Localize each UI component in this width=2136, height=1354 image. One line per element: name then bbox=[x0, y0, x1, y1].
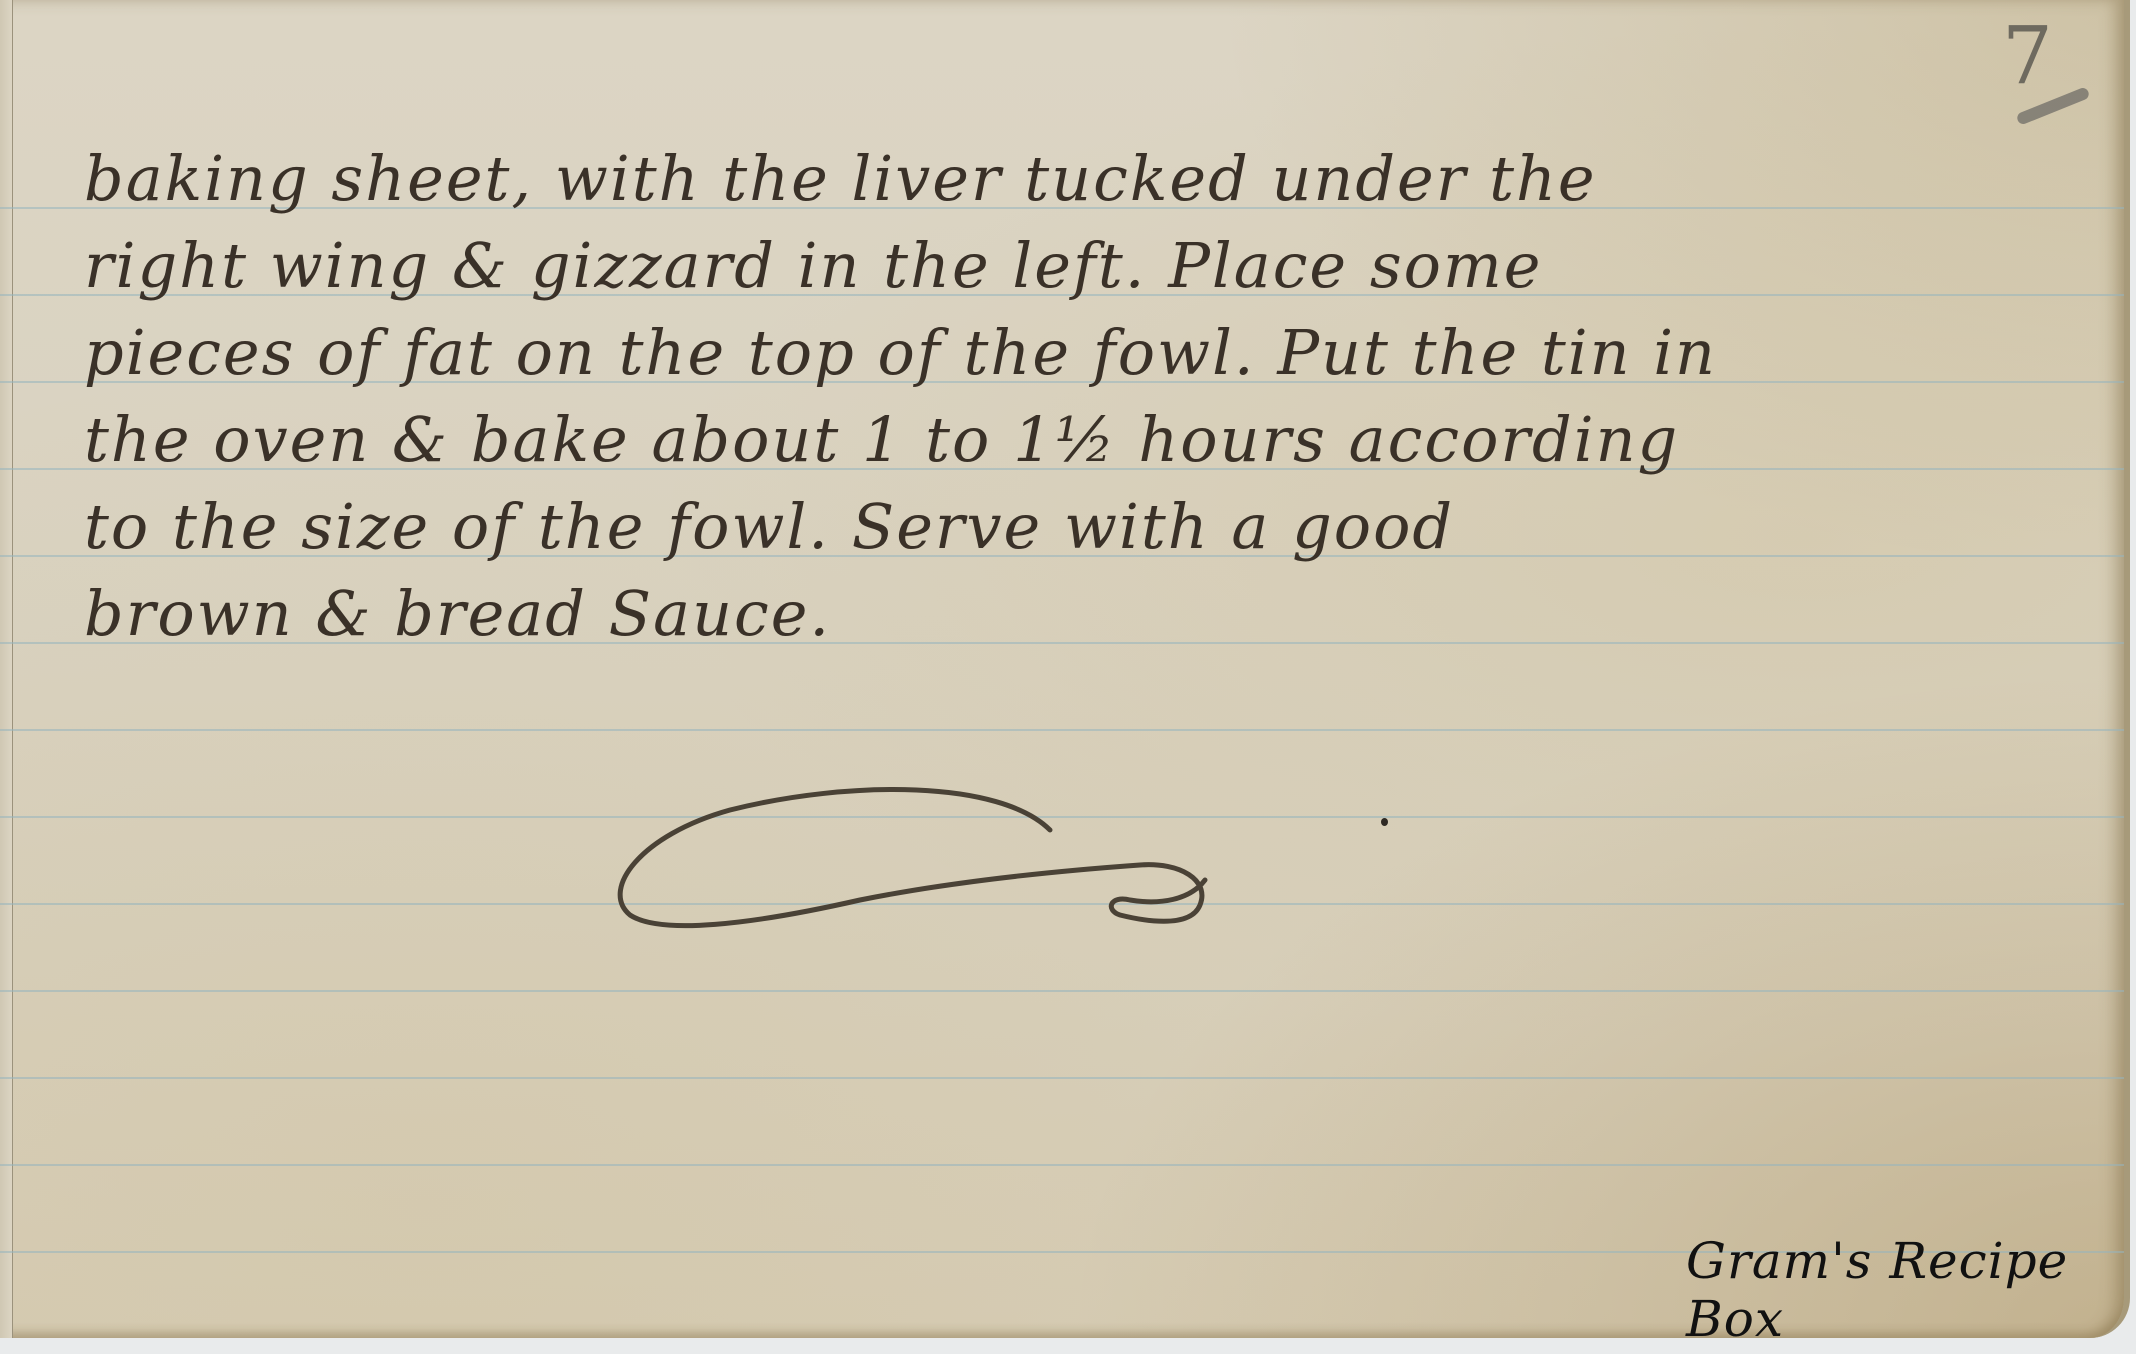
ruled-line bbox=[0, 1077, 2124, 1079]
ruled-line bbox=[0, 1164, 2124, 1166]
decorative-flourish-icon bbox=[600, 770, 1240, 930]
handwritten-line: right wing & gizzard in the left. Place … bbox=[84, 222, 2074, 309]
handwritten-line: brown & bread Sauce. bbox=[84, 570, 2074, 657]
recipe-notebook-page: 7 baking sheet, with the liver tucked un… bbox=[0, 0, 2130, 1338]
handwritten-recipe-text: baking sheet, with the liver tucked unde… bbox=[84, 135, 2074, 657]
handwritten-line: the oven & bake about 1 to 1½ hours acco… bbox=[84, 396, 2074, 483]
ruled-line bbox=[0, 729, 2124, 731]
handwritten-line: baking sheet, with the liver tucked unde… bbox=[84, 135, 2074, 222]
page-number: 7 bbox=[2002, 16, 2053, 96]
ink-dot bbox=[1381, 818, 1388, 826]
handwritten-line: pieces of fat on the top of the fowl. Pu… bbox=[84, 309, 2074, 396]
ruled-line bbox=[0, 990, 2124, 992]
handwritten-line: to the size of the fowl. Serve with a go… bbox=[84, 483, 2074, 570]
watermark-text: Gram's Recipe Box bbox=[1686, 1232, 2124, 1338]
page-binding-edge bbox=[0, 0, 13, 1338]
